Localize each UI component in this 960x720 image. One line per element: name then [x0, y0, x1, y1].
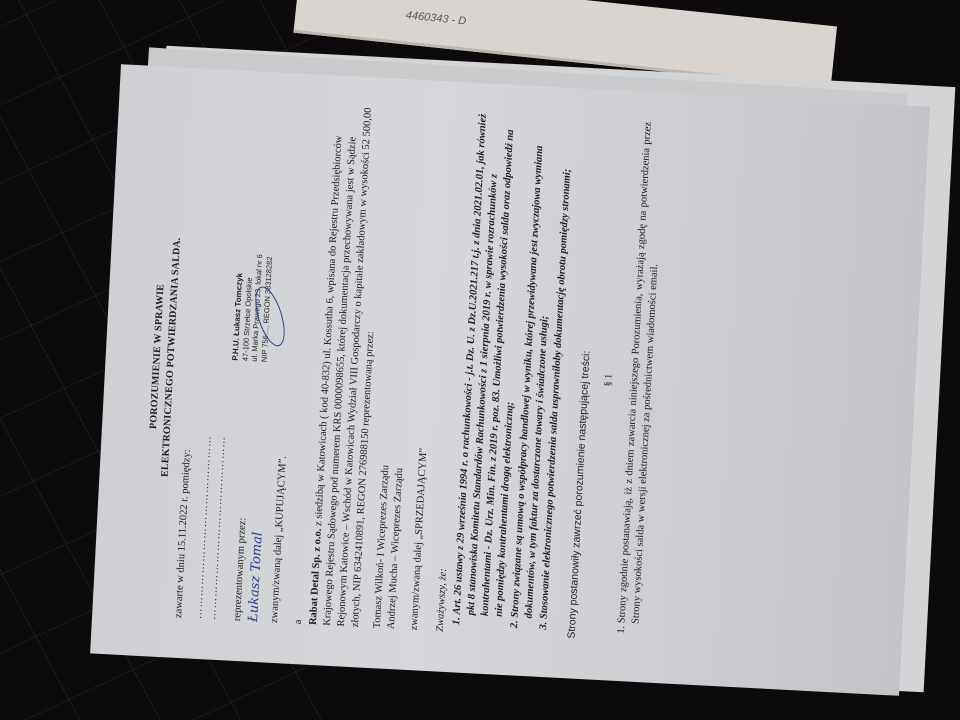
handwritten-signature: Łukasz Tomal [245, 531, 267, 622]
document-page: POROZUMIENIE W SPRAWIE ELEKTRONICZNEGO P… [90, 64, 930, 696]
company-name: Rabat Detal Sp. z o.o. [307, 528, 323, 625]
document-content: POROZUMIENIE W SPRAWIE ELEKTRONICZNEGO P… [90, 64, 930, 696]
handwritten-note: 4460343 - D [405, 9, 466, 27]
